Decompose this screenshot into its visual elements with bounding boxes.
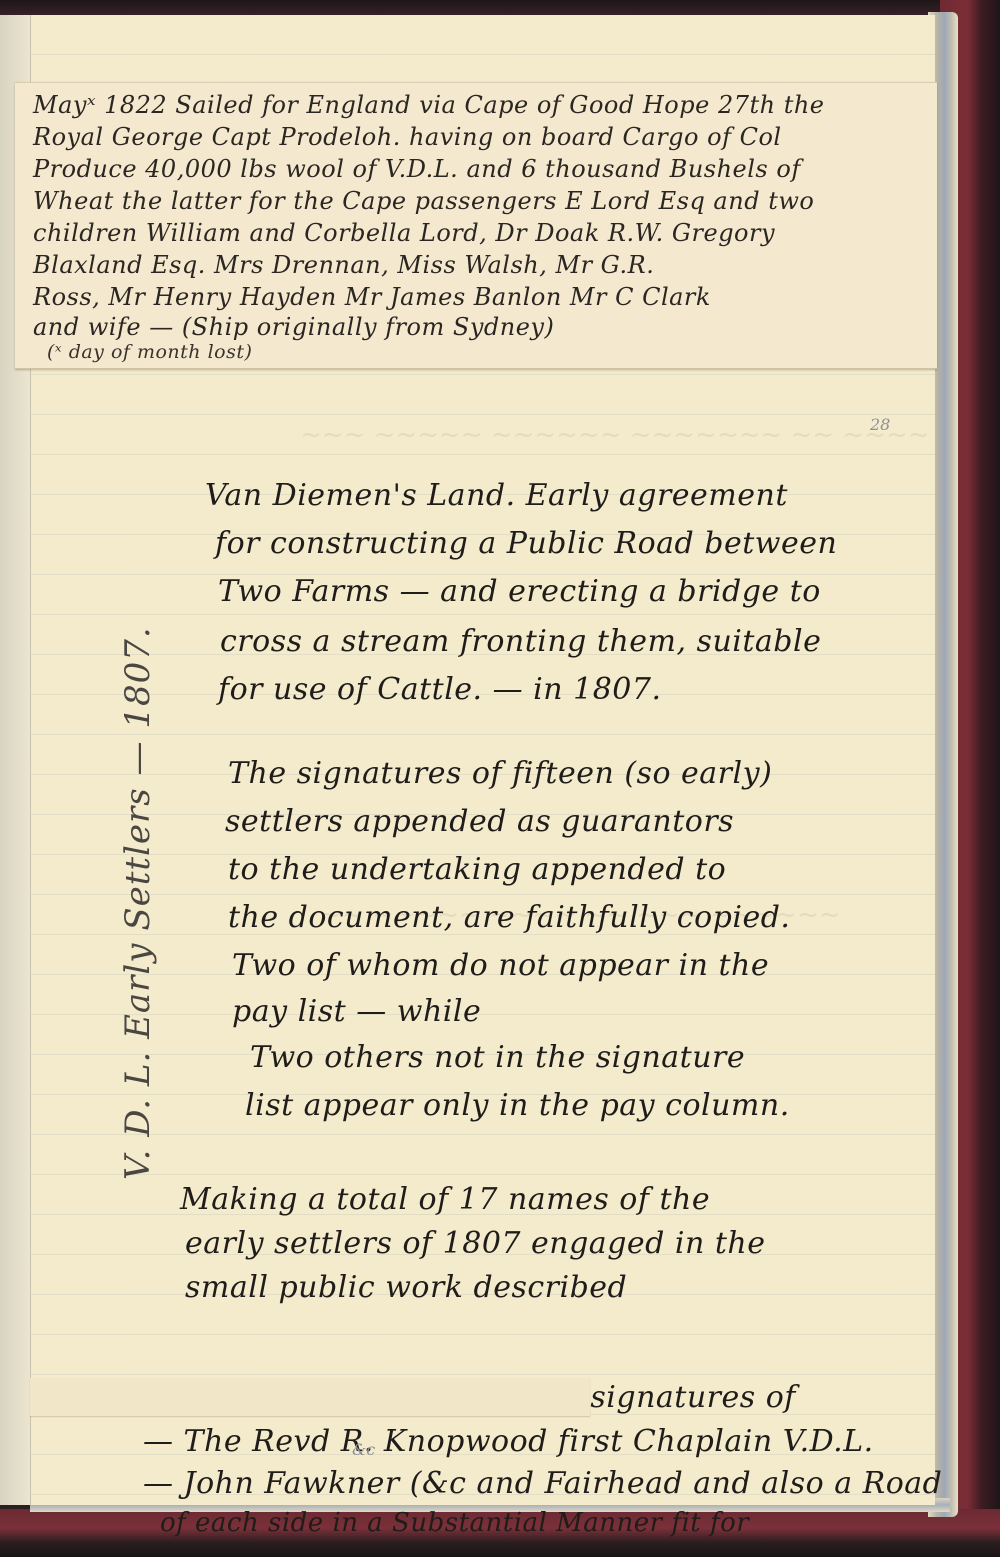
para1-line5: for use of Cattle. — in 1807. <box>218 672 662 707</box>
para4-line4: of each side in a Substantial Manner fit… <box>160 1508 749 1538</box>
pasted-correction-strip <box>30 1378 590 1416</box>
slip-line-3: Produce 40,000 lbs wool of V.D.L. and 6 … <box>33 155 801 183</box>
para3-line2: early settlers of 1807 engaged in the <box>185 1226 765 1261</box>
para4-line3: — John Fawkner (&c and Fairhead and also… <box>143 1466 942 1501</box>
para2-line5: Two of whom do not appear in the <box>232 948 769 983</box>
para1-line3: Two Farms — and erecting a bridge to <box>218 574 821 609</box>
slip-line-1: Mayˣ 1822 Sailed for England via Cape of… <box>33 91 825 119</box>
para2-line6: pay list — while <box>232 994 481 1029</box>
para2-line7: Two others not in the signature <box>250 1040 745 1075</box>
para2-line8: list appear only in the pay column. <box>245 1088 790 1123</box>
margin-title: V. D. L. Early Settlers — 1807. <box>118 626 158 1180</box>
para1-line4: cross a stream fronting them, suitable <box>220 624 821 659</box>
para3-line3: small public work described <box>185 1270 627 1305</box>
page-number: 28 <box>870 415 890 434</box>
para1-line2: for constructing a Public Road between <box>215 526 837 561</box>
slip-line-9: (ˣ day of month lost) <box>47 341 252 363</box>
bleed-through-text: ~~~ ~~~~~ ~~~~~~ ~~~~~~~ ~~ ~~~~ <box>300 420 930 450</box>
interlinear-note: &c <box>352 1440 375 1459</box>
para2-line4: the document, are faithfully copied. <box>228 900 790 935</box>
slip-line-6: Blaxland Esq. Mrs Drennan, Miss Walsh, M… <box>33 251 654 279</box>
slip-line-4: Wheat the latter for the Cape passengers… <box>33 187 814 215</box>
para3-line1: Making a total of 17 names of the <box>180 1182 710 1217</box>
para4-line2: — The Revd R. Knopwood first Chaplain V.… <box>143 1424 874 1459</box>
para1-line1: Van Diemen's Land. Early agreement <box>205 478 788 513</box>
slip-line-2: Royal George Capt Prodeloh. having on bo… <box>33 123 782 151</box>
para2-line3: to the undertaking appended to <box>228 852 726 887</box>
para2-line1: The signatures of fifteen (so early) <box>228 756 772 791</box>
slip-line-7: Ross, Mr Henry Hayden Mr James Banlon Mr… <box>33 283 711 311</box>
pasted-newspaper-slip: Mayˣ 1822 Sailed for England via Cape of… <box>15 82 937 369</box>
para2-line2: settlers appended as guarantors <box>225 804 734 839</box>
slip-line-5: children William and Corbella Lord, Dr D… <box>33 219 775 247</box>
slip-line-8: and wife — (Ship originally from Sydney) <box>33 313 554 341</box>
